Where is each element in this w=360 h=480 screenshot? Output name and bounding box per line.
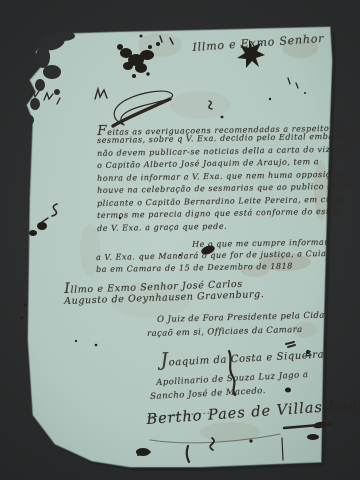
body-line: de V. Exa. a graça que pede. — [97, 221, 227, 232]
scan-background: Illmo e Exmo Senhor Feitas as averiguaço… — [0, 0, 360, 480]
